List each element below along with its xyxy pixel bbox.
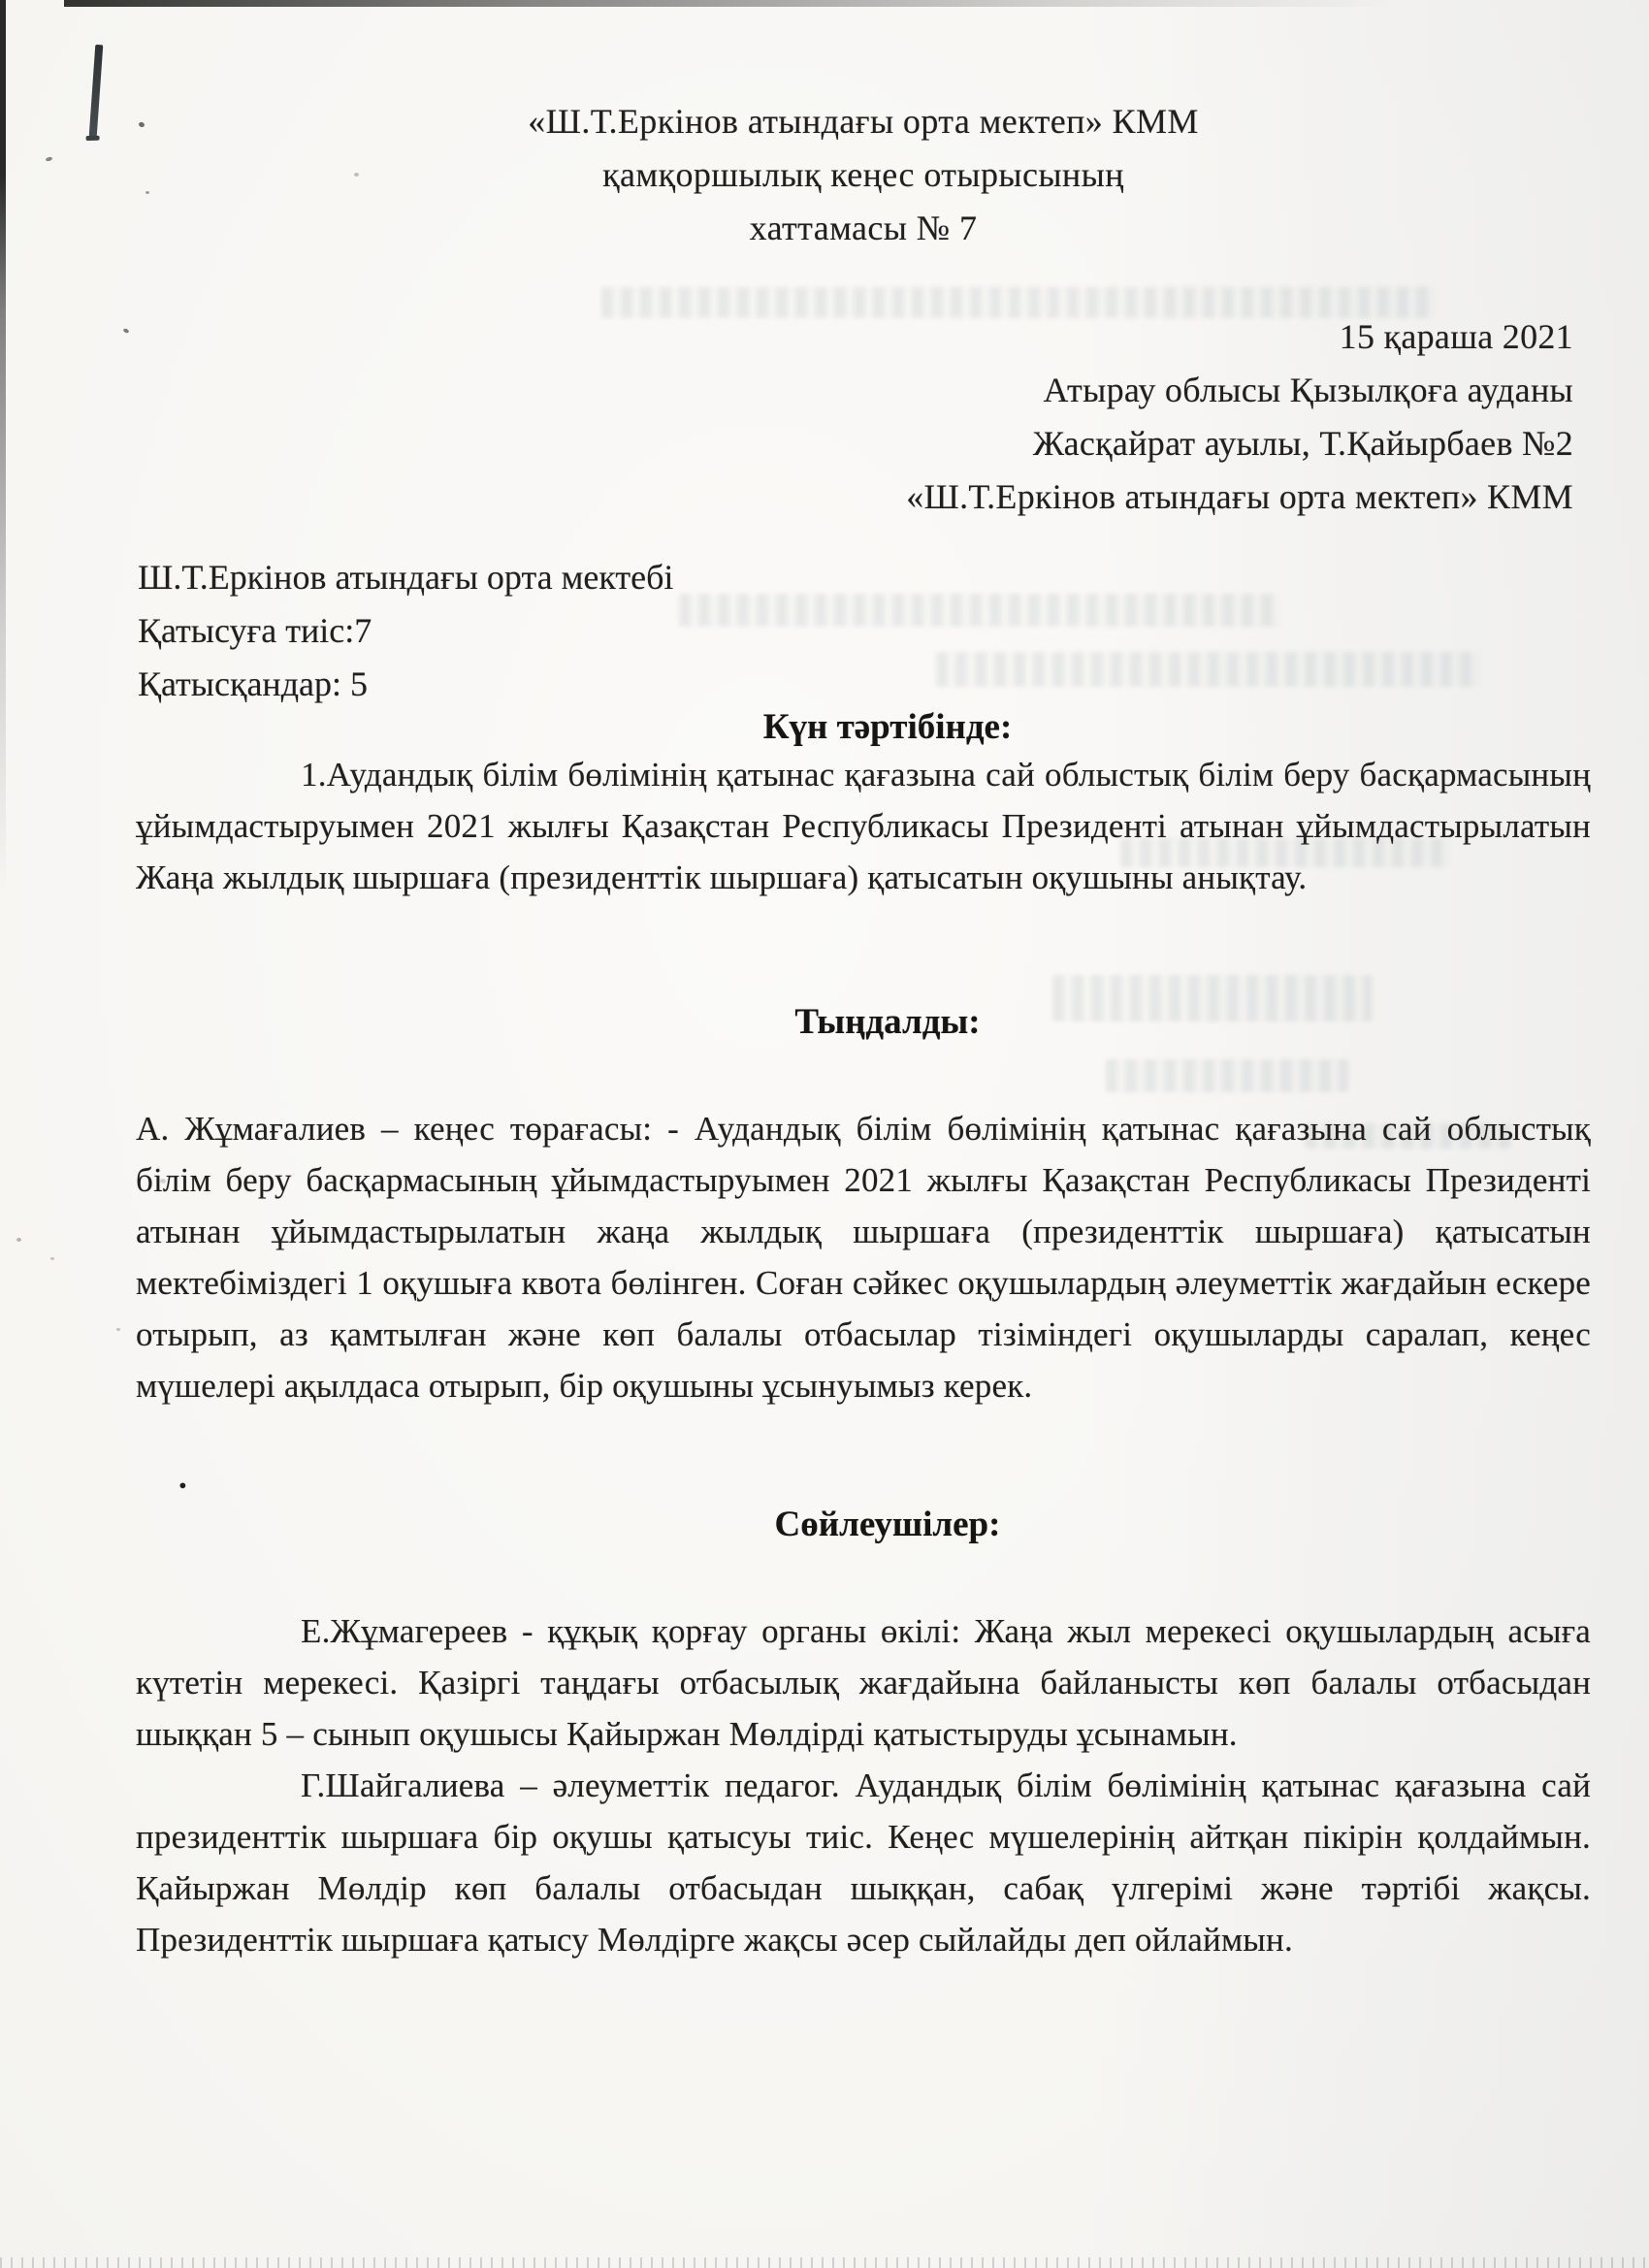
heard-heading: Тыңдалды: bbox=[160, 1002, 1615, 1043]
speaker-paragraph: Г.Шайгалиева – әлеуметтік педагог. Аудан… bbox=[136, 1760, 1591, 1965]
ink-speck bbox=[122, 328, 129, 334]
agenda-paragraph: 1.Аудандық білім бөлімінің қатынас қағаз… bbox=[136, 749, 1591, 903]
ink-speck bbox=[50, 1257, 54, 1260]
expected-attendees-line: Қатысуға тиіс:7 bbox=[138, 604, 1302, 658]
place-line: «Ш.Т.Еркінов атындағы орта мектеп» КММ bbox=[136, 470, 1573, 524]
bleedthrough-ghost bbox=[1106, 1059, 1348, 1092]
speakers-paragraphs: Е.Жұмагереев - құқық қорғау органы өкілі… bbox=[136, 1605, 1591, 1965]
ink-speck bbox=[116, 1328, 120, 1331]
date-line: 15 қараша 2021 bbox=[136, 310, 1573, 364]
scan-artifact-bottom-band bbox=[0, 2257, 1649, 2268]
scan-artifact-top-edge bbox=[64, 0, 1395, 7]
stray-period: . bbox=[178, 1451, 187, 1503]
actual-attendees-line: Қатысқандар: 5 bbox=[138, 658, 1302, 711]
heard-paragraph: А. Жұмағалиев – кеңес төрағасы: - Ауданд… bbox=[136, 1103, 1591, 1411]
place-line: Атырау облысы Қызылқоға ауданы bbox=[136, 364, 1573, 417]
ink-speck bbox=[16, 1238, 21, 1242]
title-line: қамқоршылық кеңес отырысының bbox=[136, 148, 1591, 202]
place-line: Жасқайрат ауылы, Т.Қайырбаев №2 bbox=[136, 417, 1573, 470]
scan-artifact-left-edge bbox=[0, 0, 6, 892]
pen-mark bbox=[89, 45, 104, 137]
date-place-block: 15 қараша 2021 Атырау облысы Қызылқоға а… bbox=[136, 310, 1573, 524]
attendance-block: Ш.Т.Еркінов атындағы орта мектебі Қатысу… bbox=[138, 551, 1302, 711]
scanned-document-page: «Ш.Т.Еркінов атындағы орта мектеп» КММ қ… bbox=[0, 0, 1649, 2268]
title-line: хаттамасы № 7 bbox=[136, 202, 1591, 255]
document-title: «Ш.Т.Еркінов атындағы орта мектеп» КММ қ… bbox=[136, 95, 1591, 255]
school-name-line: Ш.Т.Еркінов атындағы орта мектебі bbox=[138, 551, 1302, 604]
speaker-paragraph: Е.Жұмагереев - құқық қорғау органы өкілі… bbox=[136, 1605, 1591, 1760]
title-line: «Ш.Т.Еркінов атындағы орта мектеп» КММ bbox=[136, 95, 1591, 148]
speakers-heading: Сөйлеушілер: bbox=[160, 1505, 1615, 1545]
agenda-heading: Күн тәртібінде: bbox=[160, 707, 1615, 748]
ink-speck bbox=[46, 156, 53, 162]
